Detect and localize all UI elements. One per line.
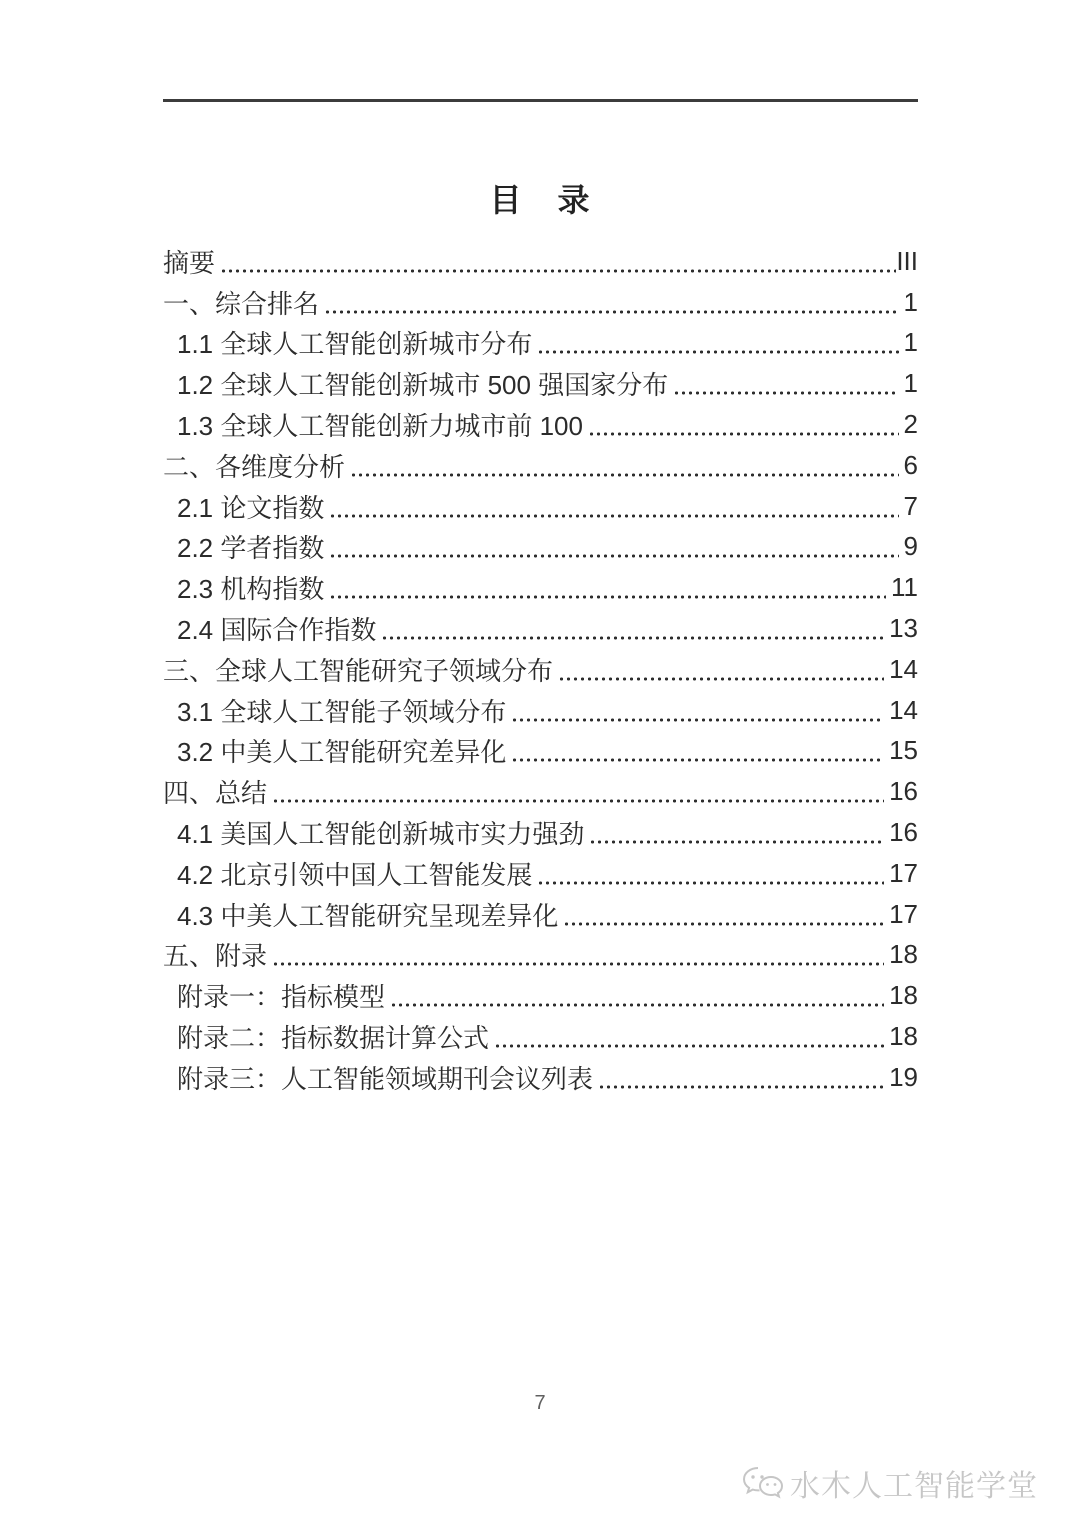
toc-entry[interactable]: 2.1 论文指数7 bbox=[163, 486, 918, 527]
toc-entry-page: 16 bbox=[889, 776, 918, 807]
toc-entry-label: 1.1 全球人工智能创新城市分布 bbox=[177, 324, 532, 361]
toc-entry-page: 13 bbox=[889, 613, 918, 644]
toc-entry-page: III bbox=[896, 246, 918, 277]
toc-entry[interactable]: 一、综合排名1 bbox=[163, 282, 918, 323]
toc-entry[interactable]: 3.2 中美人工智能研究差异化15 bbox=[163, 731, 918, 772]
toc-entry-label: 五、附录 bbox=[163, 936, 267, 973]
toc-entry-page: 1 bbox=[904, 327, 918, 358]
toc-entry-label: 3.2 中美人工智能研究差异化 bbox=[177, 732, 506, 769]
toc-entry[interactable]: 附录二：指标数据计算公式18 bbox=[163, 1016, 918, 1057]
toc-entry-page: 17 bbox=[889, 899, 918, 930]
toc-entry-page: 11 bbox=[891, 572, 918, 603]
toc-entry-label: 4.3 中美人工智能研究呈现差异化 bbox=[177, 896, 558, 933]
toc-entry-label: 4.2 北京引领中国人工智能发展 bbox=[177, 855, 532, 892]
toc-entry-label: 1.2 全球人工智能创新城市 500 强国家分布 bbox=[177, 365, 668, 402]
toc-dot-leader bbox=[511, 758, 884, 762]
toc-entry[interactable]: 4.3 中美人工智能研究呈现差异化17 bbox=[163, 894, 918, 935]
toc-entry-label: 一、综合排名 bbox=[163, 284, 319, 321]
toc-entry[interactable]: 附录三：人工智能领域期刊会议列表19 bbox=[163, 1057, 918, 1098]
toc-entry-page: 18 bbox=[889, 980, 918, 1011]
toc-dot-leader bbox=[329, 514, 898, 518]
toc-entry-page: 17 bbox=[889, 858, 918, 889]
toc-entry-label: 3.1 全球人工智能子领域分布 bbox=[177, 692, 506, 729]
toc-entry[interactable]: 2.2 学者指数9 bbox=[163, 527, 918, 568]
toc-dot-leader bbox=[329, 554, 898, 558]
toc-entry-page: 14 bbox=[889, 695, 918, 726]
toc-dot-leader bbox=[350, 473, 899, 477]
toc-entry-label: 四、总结 bbox=[163, 773, 267, 810]
toc-entry[interactable]: 1.1 全球人工智能创新城市分布1 bbox=[163, 323, 918, 364]
toc-dot-leader bbox=[598, 1085, 884, 1089]
toc-dot-leader bbox=[494, 1044, 884, 1048]
toc-entry-page: 9 bbox=[904, 531, 918, 562]
toc-entry[interactable]: 3.1 全球人工智能子领域分布14 bbox=[163, 690, 918, 731]
toc-dot-leader bbox=[558, 677, 884, 681]
toc-entry-page: 18 bbox=[889, 1021, 918, 1052]
table-of-contents: 摘要III一、综合排名11.1 全球人工智能创新城市分布11.2 全球人工智能创… bbox=[163, 241, 918, 1098]
toc-entry-label: 二、各维度分析 bbox=[163, 447, 345, 484]
toc-entry-page: 1 bbox=[904, 368, 918, 399]
toc-entry-page: 6 bbox=[904, 450, 918, 481]
toc-entry[interactable]: 2.4 国际合作指数13 bbox=[163, 608, 918, 649]
toc-entry-label: 4.1 美国人工智能创新城市实力强劲 bbox=[177, 814, 584, 851]
toc-dot-leader bbox=[324, 310, 899, 314]
watermark: 水木人工智能学堂 bbox=[742, 1461, 1038, 1505]
toc-entry-label: 附录三：人工智能领域期刊会议列表 bbox=[177, 1059, 593, 1096]
toc-entry[interactable]: 二、各维度分析6 bbox=[163, 445, 918, 486]
toc-entry-page: 19 bbox=[889, 1062, 918, 1093]
toc-entry[interactable]: 附录一：指标模型18 bbox=[163, 975, 918, 1016]
toc-entry-page: 16 bbox=[889, 817, 918, 848]
toc-entry[interactable]: 1.3 全球人工智能创新力城市前 1002 bbox=[163, 404, 918, 445]
toc-dot-leader bbox=[390, 1003, 884, 1007]
toc-entry-page: 2 bbox=[904, 409, 918, 440]
toc-entry-page: 14 bbox=[889, 654, 918, 685]
toc-entry-page: 15 bbox=[889, 735, 918, 766]
toc-entry-page: 18 bbox=[889, 939, 918, 970]
toc-entry-page: 1 bbox=[904, 287, 918, 318]
toc-entry[interactable]: 4.2 北京引领中国人工智能发展17 bbox=[163, 853, 918, 894]
wechat-icon bbox=[742, 1465, 784, 1501]
toc-dot-leader bbox=[537, 881, 884, 885]
toc-dot-leader bbox=[381, 636, 884, 640]
toc-entry-label: 附录一：指标模型 bbox=[177, 977, 385, 1014]
toc-entry-page: 7 bbox=[904, 491, 918, 522]
toc-entry[interactable]: 三、全球人工智能研究子领域分布14 bbox=[163, 649, 918, 690]
toc-entry[interactable]: 四、总结16 bbox=[163, 771, 918, 812]
toc-entry[interactable]: 五、附录18 bbox=[163, 935, 918, 976]
toc-entry-label: 2.3 机构指数 bbox=[177, 569, 324, 606]
toc-entry-label: 附录二：指标数据计算公式 bbox=[177, 1018, 489, 1055]
toc-entry-label: 2.2 学者指数 bbox=[177, 528, 324, 565]
toc-entry-label: 三、全球人工智能研究子领域分布 bbox=[163, 651, 553, 688]
toc-entry-label: 2.4 国际合作指数 bbox=[177, 610, 376, 647]
header-rule bbox=[163, 99, 918, 102]
toc-entry[interactable]: 摘要III bbox=[163, 241, 918, 282]
toc-dot-leader bbox=[673, 391, 898, 395]
document-page: 目 录 摘要III一、综合排名11.1 全球人工智能创新城市分布11.2 全球人… bbox=[0, 0, 1080, 1527]
page-title: 目 录 bbox=[163, 184, 918, 216]
toc-entry[interactable]: 4.1 美国人工智能创新城市实力强劲16 bbox=[163, 812, 918, 853]
toc-dot-leader bbox=[563, 922, 884, 926]
content-area: 目 录 摘要III一、综合排名11.1 全球人工智能创新城市分布11.2 全球人… bbox=[163, 0, 918, 1098]
watermark-text: 水木人工智能学堂 bbox=[790, 1461, 1038, 1505]
toc-dot-leader bbox=[589, 840, 884, 844]
toc-entry-label: 摘要 bbox=[163, 243, 215, 280]
toc-dot-leader bbox=[537, 350, 898, 354]
toc-entry[interactable]: 1.2 全球人工智能创新城市 500 强国家分布1 bbox=[163, 363, 918, 404]
toc-entry-label: 1.3 全球人工智能创新力城市前 100 bbox=[177, 406, 583, 443]
toc-dot-leader bbox=[511, 718, 884, 722]
toc-dot-leader bbox=[588, 432, 899, 436]
toc-dot-leader bbox=[329, 595, 886, 599]
toc-dot-leader bbox=[220, 269, 896, 273]
toc-entry-label: 2.1 论文指数 bbox=[177, 488, 324, 525]
footer-page-number: 7 bbox=[0, 1392, 1080, 1415]
toc-dot-leader bbox=[272, 799, 884, 803]
toc-dot-leader bbox=[272, 962, 884, 966]
toc-entry[interactable]: 2.3 机构指数11 bbox=[163, 567, 918, 608]
